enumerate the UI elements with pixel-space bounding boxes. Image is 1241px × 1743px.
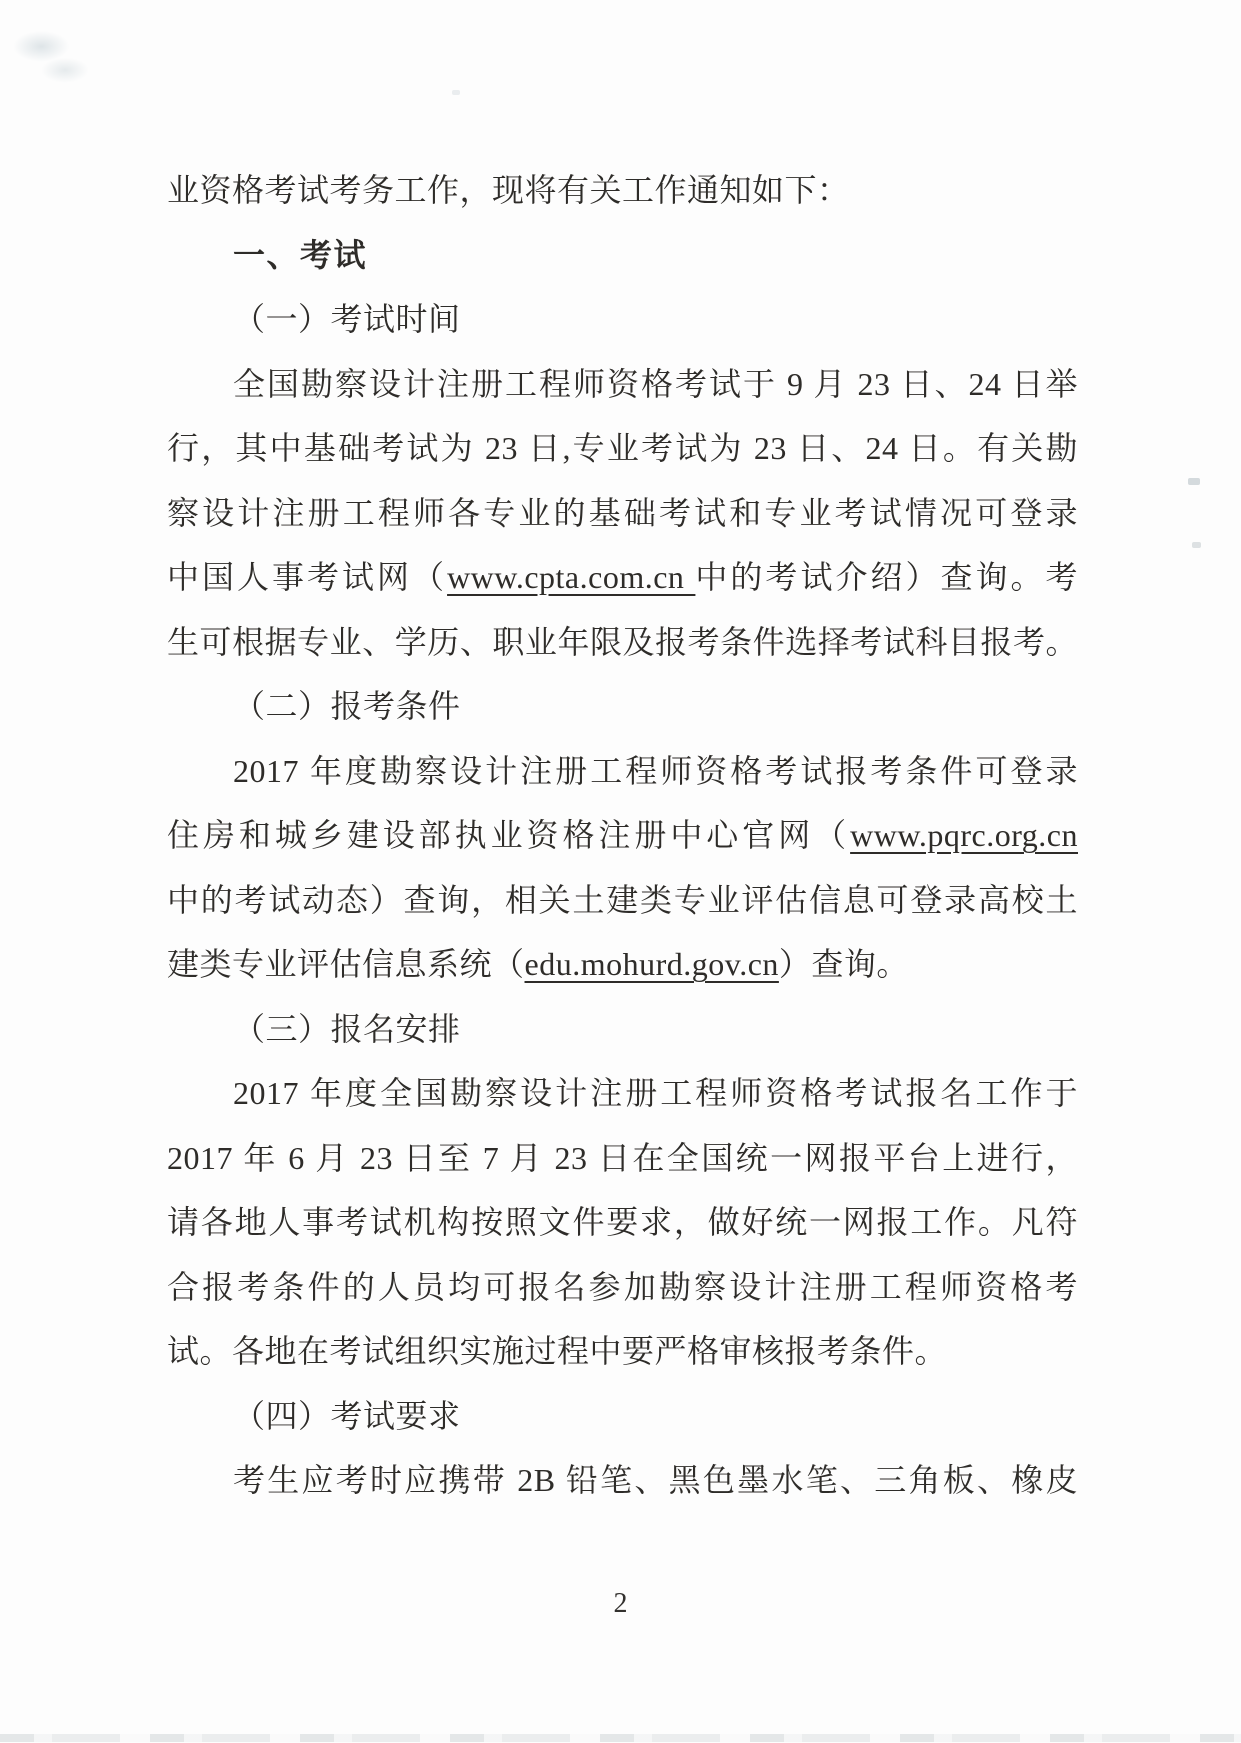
text-line: 行，其中基础考试为 23 日,专业考试为 23 日、24 日。有关勘 xyxy=(167,416,1078,481)
text-segment: 请各地人事考试机构按照文件要求，做好统一网报工作。凡符 xyxy=(167,1204,1078,1240)
text-line: 住房和城乡建设部执业资格注册中心官网（www.pqrc.org.cn xyxy=(167,803,1078,868)
text-line: 建类专业评估信息系统（edu.mohurd.gov.cn）查询。 xyxy=(167,932,1078,997)
text-line: 2017 年度勘察设计注册工程师资格考试报考条件可登录 xyxy=(167,739,1078,804)
subsection-heading: （二）报考条件 xyxy=(167,674,1078,739)
subsection-heading: （一）考试时间 xyxy=(167,287,1078,352)
scan-artifact-speck xyxy=(452,90,460,95)
text-line: 2017 年 6 月 23 日至 7 月 23 日在全国统一网报平台上进行， xyxy=(167,1126,1078,1191)
text-line: 察设计注册工程师各专业的基础考试和专业考试情况可登录 xyxy=(167,481,1078,546)
subsection-heading: （四）考试要求 xyxy=(167,1384,1078,1449)
text-segment: ）查询。 xyxy=(779,946,909,982)
page-number: 2 xyxy=(0,1588,1241,1620)
text-line: 生可根据专业、学历、职业年限及报考条件选择考试科目报考。 xyxy=(167,610,1078,675)
text-line: 全国勘察设计注册工程师资格考试于 9 月 23 日、24 日举 xyxy=(167,352,1078,417)
text-line: 中的考试动态）查询，相关土建类专业评估信息可登录高校土 xyxy=(167,868,1078,933)
text-line: 请各地人事考试机构按照文件要求，做好统一网报工作。凡符 xyxy=(167,1190,1078,1255)
text-segment: 一、考试 xyxy=(233,237,367,273)
url-text: www.cpta.com.cn xyxy=(447,559,695,595)
text-line: 考生应考时应携带 2B 铅笔、黑色墨水笔、三角板、橡皮 xyxy=(167,1448,1078,1513)
text-segment: 2017 年度全国勘察设计注册工程师资格考试报名工作于 xyxy=(233,1075,1078,1111)
text-line: 试。各地在考试组织实施过程中要严格审核报考条件。 xyxy=(167,1319,1078,1384)
section-heading: 一、考试 xyxy=(167,223,1078,288)
text-segment: 业资格考试考务工作，现将有关工作通知如下： xyxy=(167,172,850,208)
scan-artifact-bottom-edge xyxy=(0,1734,1241,1742)
text-segment: 试。各地在考试组织实施过程中要严格审核报考条件。 xyxy=(167,1333,947,1369)
text-segment: 2017 年度勘察设计注册工程师资格考试报考条件可登录 xyxy=(233,753,1078,789)
scan-artifact-smudge xyxy=(8,26,103,94)
scanned-document-page: 业资格考试考务工作，现将有关工作通知如下：一、考试（一）考试时间全国勘察设计注册… xyxy=(0,0,1241,1743)
text-segment: 中的考试动态）查询，相关土建类专业评估信息可登录高校土 xyxy=(167,882,1078,918)
text-segment: （二）报考条件 xyxy=(233,688,461,724)
text-segment: 考生应考时应携带 2B 铅笔、黑色墨水笔、三角板、橡皮 xyxy=(233,1462,1078,1498)
text-segment: （三）报名安排 xyxy=(233,1011,461,1047)
document-body: 业资格考试考务工作，现将有关工作通知如下：一、考试（一）考试时间全国勘察设计注册… xyxy=(167,158,1078,1513)
url-text: www.pqrc.org.cn xyxy=(850,817,1078,853)
text-segment: 全国勘察设计注册工程师资格考试于 9 月 23 日、24 日举 xyxy=(233,366,1078,402)
text-segment: 合报考条件的人员均可报名参加勘察设计注册工程师资格考 xyxy=(167,1269,1078,1305)
text-segment: （一）考试时间 xyxy=(233,301,461,337)
subsection-heading: （三）报名安排 xyxy=(167,997,1078,1062)
text-line: 合报考条件的人员均可报名参加勘察设计注册工程师资格考 xyxy=(167,1255,1078,1320)
text-segment: 住房和城乡建设部执业资格注册中心官网（ xyxy=(167,817,850,853)
text-segment: 行，其中基础考试为 23 日,专业考试为 23 日、24 日。有关勘 xyxy=(167,430,1078,466)
scan-artifact-speck xyxy=(1192,542,1201,548)
text-segment: 2017 年 6 月 23 日至 7 月 23 日在全国统一网报平台上进行， xyxy=(167,1140,1078,1176)
text-segment: 建类专业评估信息系统（ xyxy=(167,946,525,982)
text-line: 中国人事考试网（www.cpta.com.cn 中的考试介绍）查询。考 xyxy=(167,545,1078,610)
text-line: 业资格考试考务工作，现将有关工作通知如下： xyxy=(167,158,1078,223)
text-line: 2017 年度全国勘察设计注册工程师资格考试报名工作于 xyxy=(167,1061,1078,1126)
scan-artifact-speck xyxy=(1188,478,1200,485)
text-segment: 察设计注册工程师各专业的基础考试和专业考试情况可登录 xyxy=(167,495,1078,531)
text-segment: 生可根据专业、学历、职业年限及报考条件选择考试科目报考。 xyxy=(167,624,1078,660)
text-segment: 中的考试介绍）查询。考 xyxy=(695,559,1078,595)
text-segment: 中国人事考试网（ xyxy=(167,559,447,595)
text-segment: （四）考试要求 xyxy=(233,1398,461,1434)
url-text: edu.mohurd.gov.cn xyxy=(525,946,779,982)
